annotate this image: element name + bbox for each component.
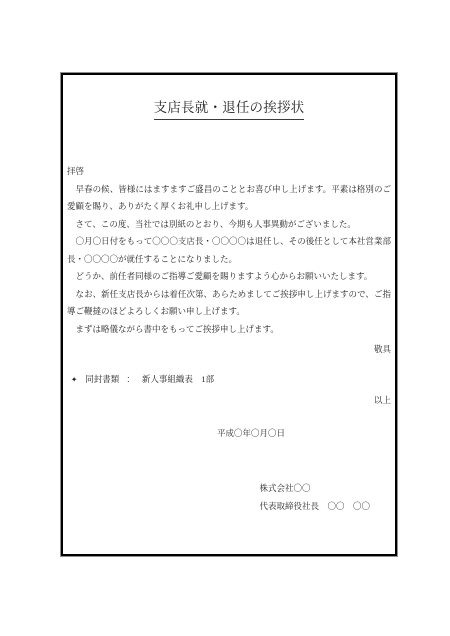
diamond-bullet-icon: ✦ [71, 375, 77, 384]
letter-page: 支店長就・退任の挨拶状 拝啓 早春の候、皆様にはますますご盛昌のこととお喜び申し… [61, 73, 397, 556]
signature-block: 株式会社〇〇 代表取締役社長 〇〇 〇〇 [259, 480, 370, 515]
page-title-text: 支店長就・退任の挨拶状 [154, 98, 305, 120]
enclosure-line: ✦同封書類：新人事組織表 1部 [67, 371, 391, 389]
end-marker: 以上 [67, 392, 391, 410]
body-paragraph: なお、新任支店長からは着任次第、あらためましてご挨拶申し上げますので、ご指導ご鞭… [67, 286, 391, 321]
enclosure-separator: ： [126, 374, 135, 384]
body-paragraph: さて、この度、当社では別紙のとおり、今期も人事異動がございました。 [67, 216, 391, 234]
letter-date: 平成〇年〇月〇日 [67, 425, 391, 443]
enclosure-value: 新人事組織表 1部 [142, 374, 214, 384]
salutation: 拝啓 [67, 163, 391, 181]
body-paragraph: 〇月〇日付をもって〇〇〇支店長・〇〇〇〇は退任し、その後任として本社営業部長・〇… [67, 233, 391, 268]
closing-word: 敬具 [67, 341, 391, 359]
company-name: 株式会社〇〇 [259, 480, 370, 498]
page-title: 支店長就・退任の挨拶状 [67, 98, 391, 120]
body-paragraph: 早春の候、皆様にはますますご盛昌のこととお喜び申し上げます。平素は格別のご愛顧を… [67, 181, 391, 216]
body-paragraph: どうか、前任者同様のご指導ご愛顧を賜りますよう心からお願いいたします。 [67, 268, 391, 286]
signer-name: 代表取締役社長 〇〇 〇〇 [259, 498, 370, 516]
enclosure-label: 同封書類 [85, 374, 119, 384]
body-paragraph: まずは略儀ながら書中をもってご挨拶申し上げます。 [67, 321, 391, 339]
letter-body: 拝啓 早春の候、皆様にはますますご盛昌のこととお喜び申し上げます。平素は格別のご… [67, 163, 391, 338]
document-canvas: 支店長就・退任の挨拶状 拝啓 早春の候、皆様にはますますご盛昌のこととお喜び申し… [0, 0, 450, 636]
